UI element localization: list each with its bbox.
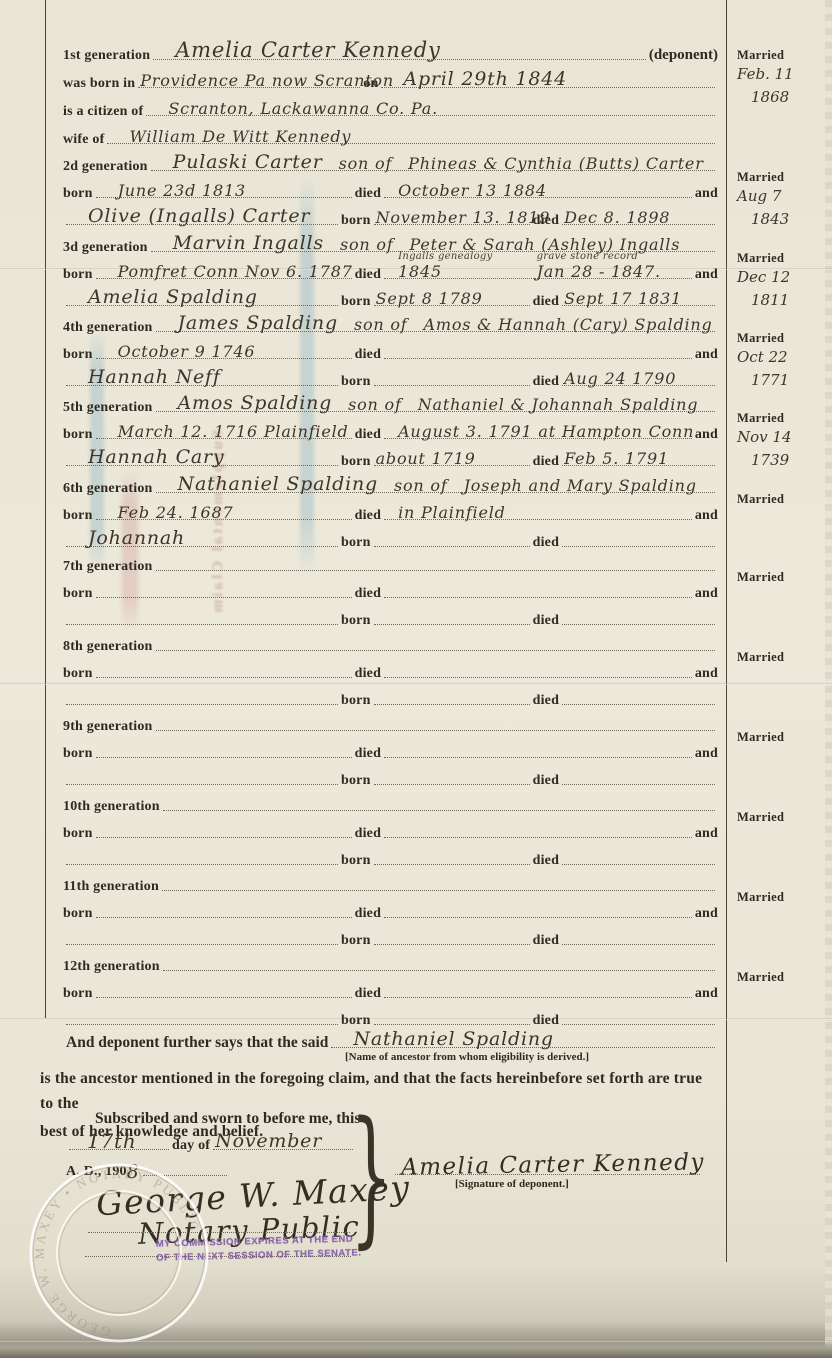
married-note: Married Feb. 11 1868 xyxy=(737,48,829,110)
spouse-born-ruled-line xyxy=(374,624,530,625)
spouse-died-ruled-line xyxy=(562,546,715,547)
born-ruled-line xyxy=(96,757,352,758)
died-handwriting-1: August 3. 1791 at Hampton Conn xyxy=(398,424,694,440)
generation-born-died-line: born June 23d 1813 died October 13 1884 … xyxy=(63,175,718,202)
spouse-died-label: died xyxy=(533,294,559,310)
generation-section: Married 12th generation born died xyxy=(0,948,832,1028)
name-ruled-line: Amos Spalding son of Nathaniel & Johanna… xyxy=(156,392,715,412)
ancestor-name-handwriting: Pulaski Carter xyxy=(173,153,323,172)
day-handwriting: 17th xyxy=(87,1131,137,1151)
spouse-died-label: died xyxy=(533,933,559,949)
spouse-born-ruled-line xyxy=(374,385,530,386)
born-handwriting: March 12. 1716 Plainfield xyxy=(118,424,349,440)
generation-section: Married 11th generation born died xyxy=(0,868,832,948)
generation-label: 11th generation xyxy=(63,879,159,895)
born-handwriting: October 9 1746 xyxy=(118,344,256,360)
and-label: and xyxy=(695,746,718,762)
married-date-line1: Aug 7 xyxy=(737,185,829,208)
generation-spouse-line: born died xyxy=(63,762,718,789)
generation-spouse-line: Johannah born died xyxy=(63,524,718,551)
wife-of-ruled-line: William De Witt Kennedy xyxy=(107,127,715,144)
generation-name-line: 12th generation xyxy=(63,948,718,975)
born-label: born xyxy=(63,427,93,443)
married-label: Married xyxy=(737,970,829,985)
died-ruled-line: Ingalls genealogy 1845 grave stone recor… xyxy=(384,251,692,279)
spouse-ruled-line: Johannah xyxy=(66,527,338,547)
generation-main-column: 12th generation born died xyxy=(63,948,718,1029)
deponent-signature: Amelia Carter Kennedy xyxy=(401,1149,705,1180)
died-ruled-line: August 3. 1791 at Hampton Conn xyxy=(384,422,692,439)
died-ruled-line xyxy=(384,677,692,678)
generation-label: 4th generation xyxy=(63,320,153,336)
wife-of-label: wife of xyxy=(63,132,104,148)
generation-section-deponent: Married Feb. 11 1868 1st generation Amel… xyxy=(0,36,832,148)
spouse-died-ruled-line xyxy=(562,704,715,705)
birthplace-handwriting: Providence Pa now Scranton xyxy=(140,73,394,89)
embossed-notary-seal: GEORGE W. MAXEY • NOTARY PUBLIC • xyxy=(24,1158,214,1348)
married-date-line2: 1868 xyxy=(751,86,829,109)
born-ruled-line: Feb 24. 1687 xyxy=(96,503,352,520)
son-of-handwriting: son of xyxy=(394,478,448,494)
generation-name-line: 5th generation Amos Spalding son of Nath… xyxy=(63,389,718,416)
parents-handwriting: Phineas & Cynthia (Butts) Carter xyxy=(408,156,703,172)
parents-handwriting: Peter & Sarah (Ashley) Ingalls xyxy=(410,237,681,253)
married-label: Married xyxy=(737,48,829,63)
and-label: and xyxy=(695,347,718,363)
generation-section: Married Aug 7 1843 2d generation Pulaski… xyxy=(0,148,832,228)
born-label: born xyxy=(63,347,93,363)
married-note: Married Dec 12 1811 xyxy=(737,251,829,313)
generation-born-died-line: born died and xyxy=(63,655,718,682)
born-ruled-line xyxy=(96,997,352,998)
spouse-died-handwriting: Feb 5. 1791 xyxy=(564,451,669,467)
spouse-ruled-line: Amelia Spalding xyxy=(66,286,338,306)
born-ruled-line: March 12. 1716 Plainfield xyxy=(96,422,352,439)
died-handwriting-1: in Plainfield xyxy=(398,505,506,521)
ancestor-name-handwriting: James Spalding xyxy=(178,314,338,333)
married-label: Married xyxy=(737,810,829,825)
born-label: born xyxy=(63,267,93,283)
name-ruled-line: James Spalding son of Amos & Hannah (Car… xyxy=(156,312,715,332)
married-label: Married xyxy=(737,890,829,905)
generation-section: Married 7th generation born died xyxy=(0,548,832,628)
spouse-born-ruled-line: Sept 8 1789 xyxy=(374,289,530,306)
generation-main-column: 1st generation Amelia Carter Kennedy (de… xyxy=(63,36,718,148)
spouse-born-handwriting: about 1719 xyxy=(376,451,476,467)
spouse-born-label: born xyxy=(341,374,371,390)
generation-label: 7th generation xyxy=(63,559,153,575)
died-ruled-line xyxy=(384,597,692,598)
spouse-died-label: died xyxy=(533,374,559,390)
spouse-born-label: born xyxy=(341,933,371,949)
generation-label: 2d generation xyxy=(63,159,148,175)
married-note: Married xyxy=(737,650,829,665)
died-entry-1: Ingalls genealogy 1845 xyxy=(398,251,492,278)
generation-born-died-line: born Feb 24. 1687 died in Plainfield and xyxy=(63,497,718,524)
generation-spouse-line: born died xyxy=(63,922,718,949)
and-label: and xyxy=(695,826,718,842)
spouse-died-handwriting: Sept 17 1831 xyxy=(564,291,682,307)
and-label: and xyxy=(695,186,718,202)
affidavit-page: Supplemental Claim Married Feb. 11 1868 … xyxy=(0,0,832,1358)
name-ruled-line xyxy=(156,730,715,731)
spouse-born-label: born xyxy=(341,613,371,629)
citizen-handwriting: Scranton, Lackawanna Co. Pa. xyxy=(168,101,438,117)
generation-spouse-line: Hannah Neff born died Aug 24 1790 xyxy=(63,363,718,390)
spouse-ruled-line: Olive (Ingalls) Carter xyxy=(66,205,338,225)
married-label: Married xyxy=(737,170,829,185)
name-ruled-line: Marvin Ingalls son of Peter & Sarah (Ash… xyxy=(151,232,715,252)
ancestor-note: [Name of ancestor from whom eligibility … xyxy=(345,1051,718,1063)
born-label: born xyxy=(63,186,93,202)
spouse-ruled-line xyxy=(66,864,338,865)
generation-spouse-line: Hannah Cary born about 1719 died Feb 5. … xyxy=(63,443,718,470)
born-label: born xyxy=(63,826,93,842)
generation-main-column: 9th generation born died xyxy=(63,708,718,789)
son-of-handwriting: son of xyxy=(340,237,394,253)
generation-spouse-line: born died xyxy=(63,602,718,629)
parents-handwriting: Nathaniel & Johannah Spalding xyxy=(418,397,699,413)
died-ruled-line xyxy=(384,757,692,758)
generation-label: 5th generation xyxy=(63,400,153,416)
spouse-born-ruled-line: about 1719 xyxy=(374,449,530,466)
died-handwriting-1: October 13 1884 xyxy=(398,183,547,199)
married-date-line1: Oct 22 xyxy=(737,346,829,369)
born-ruled-line: Pomfret Conn Nov 6. 1787 xyxy=(96,262,352,279)
died-label: died xyxy=(355,746,381,762)
generation-spouse-line: born died xyxy=(63,682,718,709)
died-label: died xyxy=(355,906,381,922)
spouse-born-label: born xyxy=(341,773,371,789)
generation-label: 9th generation xyxy=(63,719,153,735)
name-ruled-line xyxy=(156,650,715,651)
son-of-handwriting: son of xyxy=(354,317,408,333)
and-label: and xyxy=(695,586,718,602)
name-ruled-line xyxy=(163,810,715,811)
name-ruled-line xyxy=(163,970,715,971)
spouse-born-ruled-line xyxy=(374,546,530,547)
generation-name-line: 2d generation Pulaski Carter son of Phin… xyxy=(63,148,718,175)
spouse-died-handwriting: Dec 8. 1898 xyxy=(564,210,670,226)
married-label: Married xyxy=(737,411,829,426)
spouse-died-ruled-line: Sept 17 1831 xyxy=(562,289,715,306)
born-label: born xyxy=(63,906,93,922)
generation-main-column: 8th generation born died xyxy=(63,628,718,709)
generation-label: 12th generation xyxy=(63,959,160,975)
spouse-died-label: died xyxy=(533,693,559,709)
generation-born-died-line: born died and xyxy=(63,735,718,762)
spouse-born-ruled-line xyxy=(374,704,530,705)
spouse-ruled-line xyxy=(66,784,338,785)
died-label: died xyxy=(355,826,381,842)
was-born-in-label: was born in xyxy=(63,76,135,92)
married-label: Married xyxy=(737,251,829,266)
generation-section: Married 8th generation born died xyxy=(0,628,832,708)
married-date-line2: 1843 xyxy=(751,208,829,231)
and-label: and xyxy=(695,508,718,524)
died-label: died xyxy=(355,586,381,602)
generation-spouse-line: Amelia Spalding born Sept 8 1789 died Se… xyxy=(63,283,718,310)
parents-handwriting: Joseph and Mary Spalding xyxy=(464,478,697,494)
generation-name-line: 4th generation James Spalding son of Amo… xyxy=(63,309,718,336)
month-ruled-line: November xyxy=(213,1130,353,1150)
birthdate-ruled-line: April 29th 1844 xyxy=(381,68,715,88)
spouse-died-label: died xyxy=(533,773,559,789)
died-handwriting-1: 1845 xyxy=(398,264,442,280)
spouse-died-ruled-line xyxy=(562,784,715,785)
married-label: Married xyxy=(737,570,829,585)
generation-label: 3d generation xyxy=(63,240,148,256)
spouse-died-ruled-line: Feb 5. 1791 xyxy=(562,449,715,466)
married-note: Married xyxy=(737,492,829,507)
generation-name-line: 9th generation xyxy=(63,708,718,735)
and-label: and xyxy=(695,666,718,682)
birthdate-handwriting: April 29th 1844 xyxy=(403,70,567,89)
spouse-ruled-line xyxy=(66,704,338,705)
generation-label: 6th generation xyxy=(63,481,153,497)
spouse-born-ruled-line: November 13. 1819 xyxy=(374,208,530,225)
spouse-died-label: died xyxy=(533,454,559,470)
generation-section: Married Nov 14 1739 5th generation Amos … xyxy=(0,389,832,469)
ancestor-name-handwriting: Nathaniel Spalding xyxy=(178,475,378,494)
married-label: Married xyxy=(737,730,829,745)
married-note: Married xyxy=(737,890,829,905)
deponent-citizen-line: is a citizen of Scranton, Lackawanna Co.… xyxy=(63,92,718,120)
scan-bottom-shadow xyxy=(0,1340,832,1358)
son-of-handwriting: son of xyxy=(348,397,402,413)
spouse-name-handwriting: Amelia Spalding xyxy=(88,288,258,307)
generation-born-died-line: born died and xyxy=(63,895,718,922)
generation-name-line: 3d generation Marvin Ingalls son of Pete… xyxy=(63,229,718,256)
generation-born-died-line: born March 12. 1716 Plainfield died Augu… xyxy=(63,416,718,443)
spouse-born-handwriting: November 13. 1819 xyxy=(376,210,551,226)
son-of-handwriting: son of xyxy=(339,156,393,172)
generation-main-column: 6th generation Nathaniel Spalding son of… xyxy=(63,470,718,551)
generation-section: Married 9th generation born died xyxy=(0,708,832,788)
and-label: and xyxy=(695,427,718,443)
generation-name-line: 10th generation xyxy=(63,788,718,815)
born-ruled-line xyxy=(96,597,352,598)
generation-born-died-line: born Pomfret Conn Nov 6. 1787 died Ingal… xyxy=(63,256,718,283)
spouse-died-ruled-line: Dec 8. 1898 xyxy=(562,208,715,225)
born-ruled-line: October 9 1746 xyxy=(96,342,352,359)
ancestor-name-handwriting: Amos Spalding xyxy=(178,394,333,413)
generation-born-died-line: born died and xyxy=(63,815,718,842)
spouse-name-handwriting: Hannah Cary xyxy=(88,448,224,467)
died-label: died xyxy=(355,986,381,1002)
born-ruled-line: June 23d 1813 xyxy=(96,181,352,198)
generation-main-column: 10th generation born died xyxy=(63,788,718,869)
born-ruled-line xyxy=(96,837,352,838)
generation-section: Married Oct 22 1771 4th generation James… xyxy=(0,309,832,389)
generation-born-died-line: born died and xyxy=(63,975,718,1002)
married-note: Married xyxy=(737,730,829,745)
born-label: born xyxy=(63,508,93,524)
spouse-died-ruled-line xyxy=(562,864,715,865)
and-label: and xyxy=(695,986,718,1002)
spouse-born-label: born xyxy=(341,213,371,229)
spouse-born-label: born xyxy=(341,294,371,310)
generation-main-column: 7th generation born died xyxy=(63,548,718,629)
died-ruled-line: in Plainfield xyxy=(384,503,692,520)
married-note: Married Nov 14 1739 xyxy=(737,411,829,473)
married-note: Married Aug 7 1843 xyxy=(737,170,829,232)
generation-section: Married 6th generation Nathaniel Spaldin… xyxy=(0,470,832,550)
spouse-born-label: born xyxy=(341,853,371,869)
spouse-ruled-line xyxy=(66,624,338,625)
married-label: Married xyxy=(737,492,829,507)
generation-label: 1st generation xyxy=(63,48,150,64)
died-ruled-line xyxy=(384,358,692,359)
spouse-born-handwriting: Sept 8 1789 xyxy=(376,291,483,307)
wife-of-handwriting: William De Witt Kennedy xyxy=(129,129,351,145)
died-entry-1: in Plainfield xyxy=(398,503,506,519)
affirmation-lead-text: And deponent further says that the said xyxy=(66,1034,328,1052)
name-ruled-line: Amelia Carter Kennedy xyxy=(153,38,646,60)
spouse-died-handwriting: Aug 24 1790 xyxy=(564,371,676,387)
died-label: died xyxy=(355,267,381,283)
born-handwriting: June 23d 1813 xyxy=(118,183,246,199)
and-label: and xyxy=(695,267,718,283)
died-label: died xyxy=(355,427,381,443)
spouse-name-handwriting: Hannah Neff xyxy=(88,368,221,387)
deponent-name-line: 1st generation Amelia Carter Kennedy (de… xyxy=(63,36,718,64)
born-label: born xyxy=(63,746,93,762)
spouse-died-label: died xyxy=(533,853,559,869)
ancestor-name-handwriting: Marvin Ingalls xyxy=(173,234,324,253)
spouse-name-handwriting: Olive (Ingalls) Carter xyxy=(88,207,310,226)
generation-label: 8th generation xyxy=(63,639,153,655)
month-handwriting: November xyxy=(215,1132,322,1151)
married-note: Married xyxy=(737,810,829,825)
born-label: born xyxy=(63,666,93,682)
married-note: Married xyxy=(737,970,829,985)
married-note: Married Oct 22 1771 xyxy=(737,331,829,393)
spouse-died-ruled-line xyxy=(562,944,715,945)
married-note: Married xyxy=(737,570,829,585)
generation-born-died-line: born October 9 1746 died and xyxy=(63,336,718,363)
name-ruled-line: Pulaski Carter son of Phineas & Cynthia … xyxy=(151,151,715,171)
spouse-born-label: born xyxy=(341,693,371,709)
name-ruled-line: Nathaniel Spalding son of Joseph and Mar… xyxy=(156,473,715,493)
generation-name-line: 8th generation xyxy=(63,628,718,655)
deponent-born-line: was born in Providence Pa now Scranton o… xyxy=(63,64,718,92)
spouse-born-ruled-line xyxy=(374,944,530,945)
name-ruled-line xyxy=(156,570,715,571)
married-date-line1: Feb. 11 xyxy=(737,63,829,86)
spouse-ruled-line: Hannah Neff xyxy=(66,366,338,386)
generation-section: Married 10th generation born died xyxy=(0,788,832,868)
born-handwriting: Feb 24. 1687 xyxy=(118,505,234,521)
died-label: died xyxy=(355,347,381,363)
citizen-label: is a citizen of xyxy=(63,104,143,120)
died-handwriting-2: Jan 28 - 1847. xyxy=(537,264,661,280)
deponent-wife-of-line: wife of William De Witt Kennedy xyxy=(63,120,718,148)
married-label: Married xyxy=(737,650,829,665)
born-handwriting: Pomfret Conn Nov 6. 1787 xyxy=(118,264,353,280)
generation-section: Married Dec 12 1811 3d generation Marvin… xyxy=(0,229,832,309)
married-label: Married xyxy=(737,331,829,346)
died-ruled-line xyxy=(384,837,692,838)
died-ruled-line xyxy=(384,997,692,998)
spouse-died-ruled-line: Aug 24 1790 xyxy=(562,369,715,386)
affirmation-lead-line: And deponent further says that the said … xyxy=(40,1022,718,1052)
generation-spouse-line: born died xyxy=(63,842,718,869)
generation-main-column: 5th generation Amos Spalding son of Nath… xyxy=(63,389,718,470)
and-label: and xyxy=(695,906,718,922)
married-date-line1: Dec 12 xyxy=(737,266,829,289)
spouse-died-label: died xyxy=(533,613,559,629)
spouse-born-ruled-line xyxy=(374,864,530,865)
ancestor-handwriting: Nathaniel Spalding xyxy=(353,1030,553,1049)
died-entry-2: grave stone record Jan 28 - 1847. xyxy=(537,251,661,278)
born-label: born xyxy=(63,986,93,1002)
signature-caption: [Signature of deponent.] xyxy=(455,1178,569,1190)
spouse-born-label: born xyxy=(341,454,371,470)
generation-main-column: 3d generation Marvin Ingalls son of Pete… xyxy=(63,229,718,310)
deponent-signature-line: Amelia Carter Kennedy xyxy=(395,1144,700,1175)
generation-label: 10th generation xyxy=(63,799,160,815)
spouse-ruled-line: Hannah Cary xyxy=(66,446,338,466)
died-label: died xyxy=(355,186,381,202)
born-ruled-line xyxy=(96,917,352,918)
generation-name-line: 6th generation Nathaniel Spalding son of… xyxy=(63,470,718,497)
spouse-died-ruled-line xyxy=(562,624,715,625)
deponent-note: (deponent) xyxy=(649,47,718,64)
name-ruled-line xyxy=(162,890,715,891)
generation-born-died-line: born died and xyxy=(63,575,718,602)
died-label: died xyxy=(355,508,381,524)
day-ruled-line: 17th xyxy=(69,1129,169,1150)
spouse-name-handwriting: Johannah xyxy=(88,529,185,548)
spouse-ruled-line xyxy=(66,944,338,945)
died-ruled-line xyxy=(384,917,692,918)
day-of-label: day of xyxy=(172,1138,210,1154)
died-label: died xyxy=(355,666,381,682)
died-ruled-line: October 13 1884 xyxy=(384,181,692,198)
generation-main-column: 11th generation born died xyxy=(63,868,718,949)
born-label: born xyxy=(63,586,93,602)
married-date-line1: Nov 14 xyxy=(737,426,829,449)
deponent-name-handwriting: Amelia Carter Kennedy xyxy=(175,40,440,61)
died-entry-1: August 3. 1791 at Hampton Conn xyxy=(398,422,694,438)
generation-name-line: 11th generation xyxy=(63,868,718,895)
died-entry-1: October 13 1884 xyxy=(398,181,547,197)
generation-name-line: 7th generation xyxy=(63,548,718,575)
generation-spouse-line: Olive (Ingalls) Carter born November 13.… xyxy=(63,202,718,229)
spouse-born-ruled-line xyxy=(374,784,530,785)
ancestor-ruled-line: Nathaniel Spalding xyxy=(331,1028,715,1048)
birthplace-ruled-line: Providence Pa now Scranton xyxy=(138,71,360,88)
generation-main-column: 2d generation Pulaski Carter son of Phin… xyxy=(63,148,718,229)
citizen-ruled-line: Scranton, Lackawanna Co. Pa. xyxy=(146,99,715,116)
parents-handwriting: Amos & Hannah (Cary) Spalding xyxy=(424,317,713,333)
married-date-line2: 1739 xyxy=(751,449,829,472)
generation-main-column: 4th generation James Spalding son of Amo… xyxy=(63,309,718,390)
day-line: 17th day of November xyxy=(66,1130,356,1154)
born-ruled-line xyxy=(96,677,352,678)
sworn-statement: Subscribed and sworn to before me, this xyxy=(95,1110,360,1128)
